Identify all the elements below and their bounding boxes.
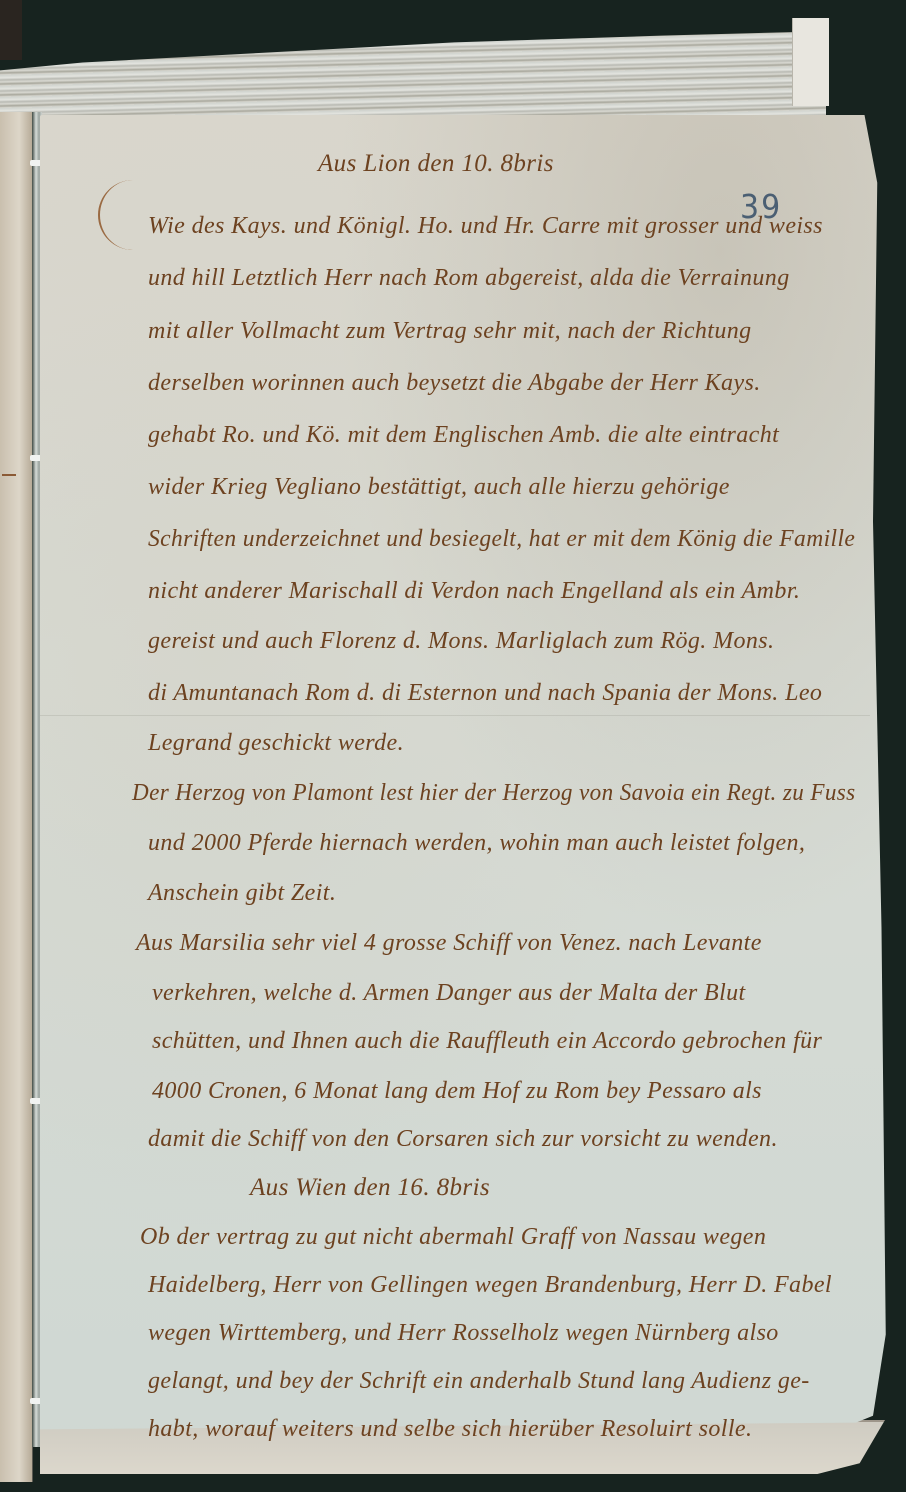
ink-mark bbox=[2, 474, 16, 476]
binding-board bbox=[0, 0, 22, 60]
manuscript-page bbox=[40, 115, 890, 1470]
paper-fold bbox=[40, 715, 870, 716]
inserted-slip bbox=[792, 18, 829, 106]
facing-left-page bbox=[0, 112, 33, 1482]
folio-number: 39 bbox=[740, 188, 782, 227]
